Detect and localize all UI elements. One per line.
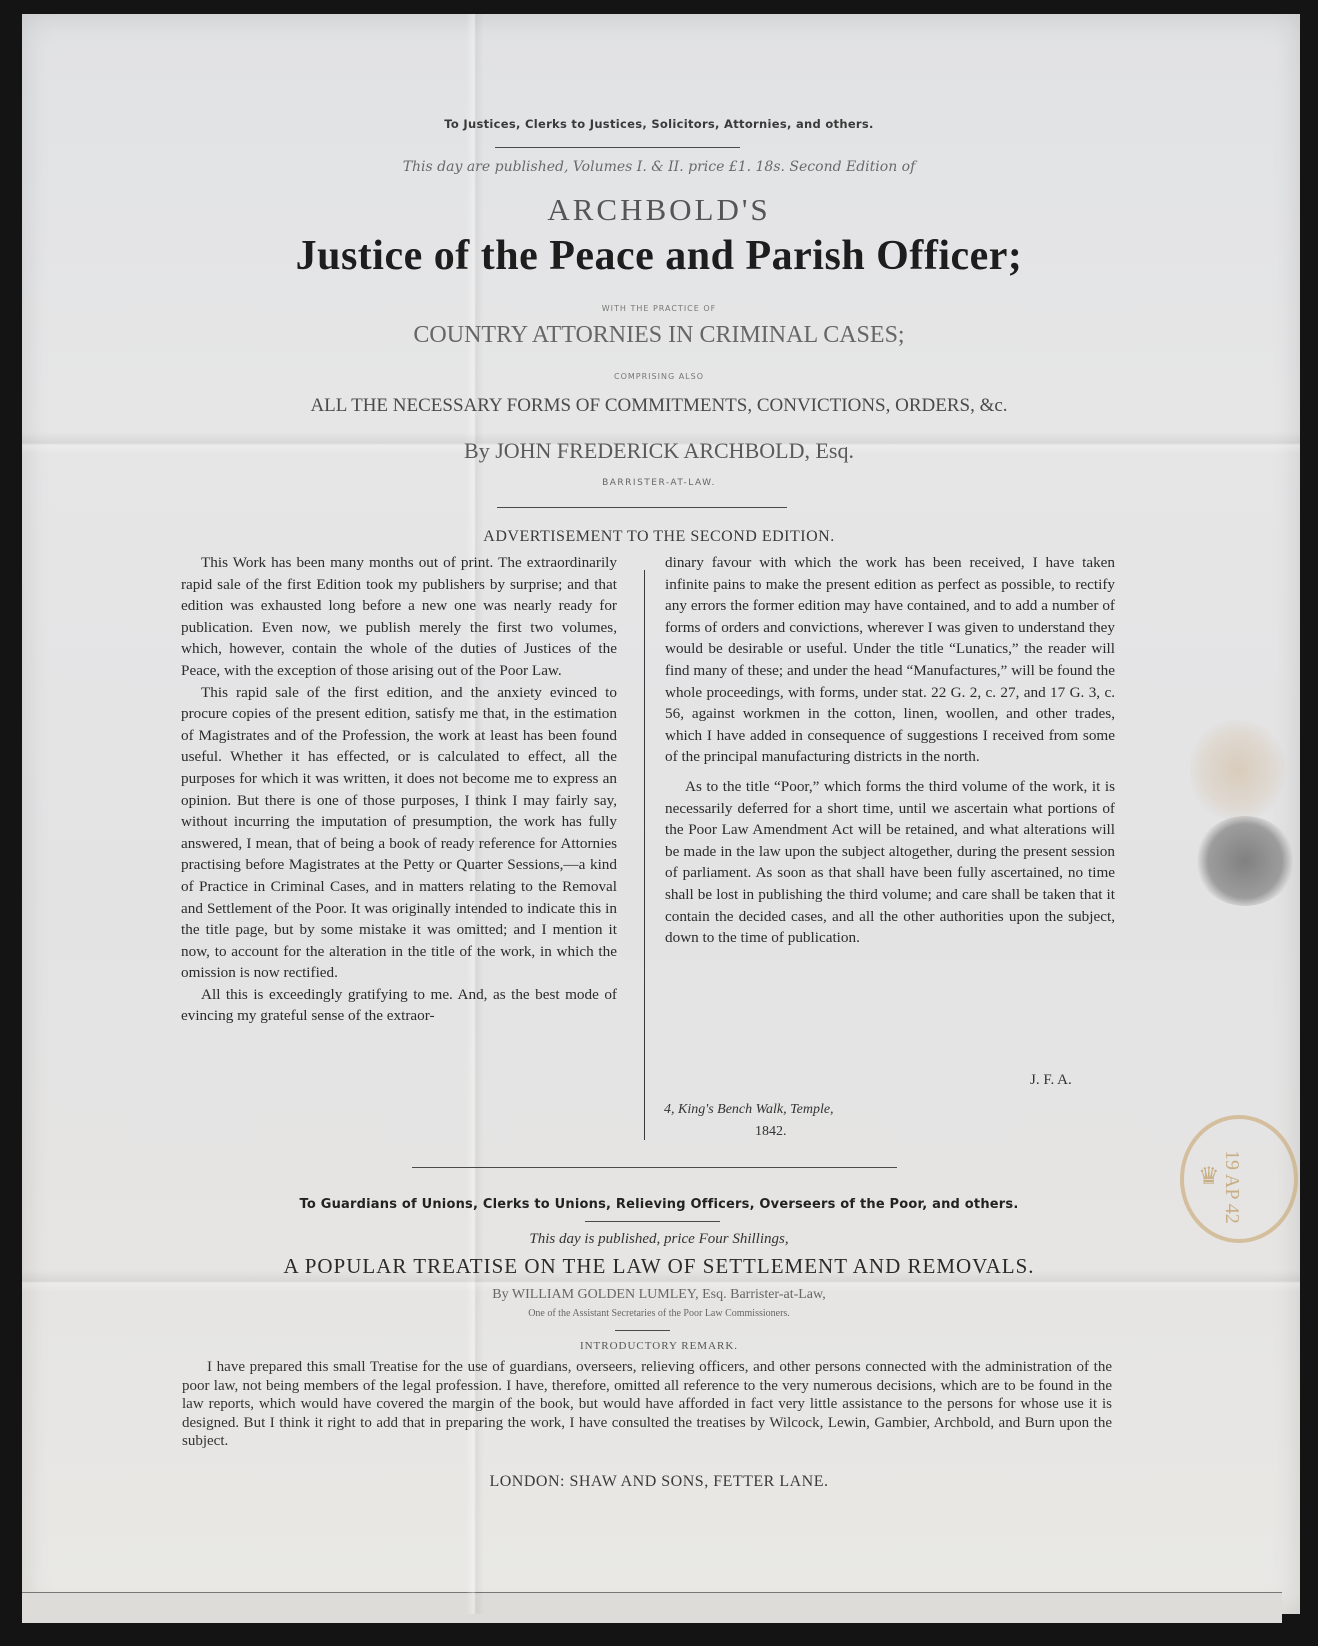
divider	[615, 1330, 670, 1331]
postmark-date: 19 AP 42	[1220, 1150, 1243, 1224]
intro-heading: INTRODUCTORY REMARK.	[0, 1340, 1318, 1352]
year: 1842.	[755, 1124, 787, 1140]
imprint: LONDON: SHAW AND SONS, FETTER LANE.	[0, 1473, 1318, 1491]
publication-note: This day are published, Volumes I. & II.…	[0, 159, 1318, 175]
column-divider	[644, 570, 645, 1140]
divider	[495, 147, 740, 148]
address: 4, King's Bench Walk, Temple,	[664, 1102, 834, 1118]
divider	[497, 507, 787, 508]
advertisement-left-column: This Work has been many months out of pr…	[181, 552, 617, 1027]
second-ad-author-role: One of the Assistant Secretaries of the …	[0, 1308, 1318, 1319]
comprising-note: COMPRISING ALSO	[0, 372, 1318, 381]
second-ad-author: By WILLIAM GOLDEN LUMLEY, Esq. Barrister…	[0, 1287, 1318, 1303]
divider	[585, 1221, 720, 1222]
subtitle-2: ALL THE NECESSARY FORMS OF COMMITMENTS, …	[0, 395, 1318, 417]
paragraph: dinary favour with which the work has be…	[665, 552, 1115, 768]
underlying-sheet-edge	[22, 1592, 1282, 1623]
paragraph: All this is exceedingly gratifying to me…	[181, 984, 617, 1027]
title-line-1: ARCHBOLD'S	[0, 192, 1318, 228]
signature: J. F. A.	[1030, 1072, 1072, 1089]
paragraph: This Work has been many months out of pr…	[181, 552, 617, 682]
wax-seal-residue	[1195, 816, 1295, 906]
paragraph: I have prepared this small Treatise for …	[182, 1358, 1112, 1451]
author-line: By JOHN FREDERICK ARCHBOLD, Esq.	[0, 438, 1318, 464]
author-title: BARRISTER-AT-LAW.	[0, 478, 1318, 488]
second-ad-title: A POPULAR TREATISE ON THE LAW OF SETTLEM…	[0, 1254, 1318, 1279]
brown-stain	[1190, 720, 1285, 820]
paragraph: As to the title “Poor,” which forms the …	[665, 776, 1115, 949]
paragraph: This rapid sale of the first edition, an…	[181, 682, 617, 984]
advertisement-heading: ADVERTISEMENT TO THE SECOND EDITION.	[0, 528, 1318, 546]
divider	[412, 1167, 897, 1168]
second-ad-header: To Guardians of Unions, Clerks to Unions…	[0, 1197, 1318, 1212]
with-practice-note: WITH THE PRACTICE OF	[0, 304, 1318, 313]
header-line: To Justices, Clerks to Justices, Solicit…	[0, 117, 1318, 131]
subtitle-1: COUNTRY ATTORNIES IN CRIMINAL CASES;	[0, 322, 1318, 349]
intro-text-block: I have prepared this small Treatise for …	[182, 1358, 1112, 1451]
second-ad-publication-note: This day is published, price Four Shilli…	[0, 1231, 1318, 1248]
advertisement-right-column: dinary favour with which the work has be…	[665, 552, 1115, 949]
title-line-2: Justice of the Peace and Parish Officer;	[0, 232, 1318, 280]
crown-icon: ♛	[1198, 1162, 1220, 1190]
